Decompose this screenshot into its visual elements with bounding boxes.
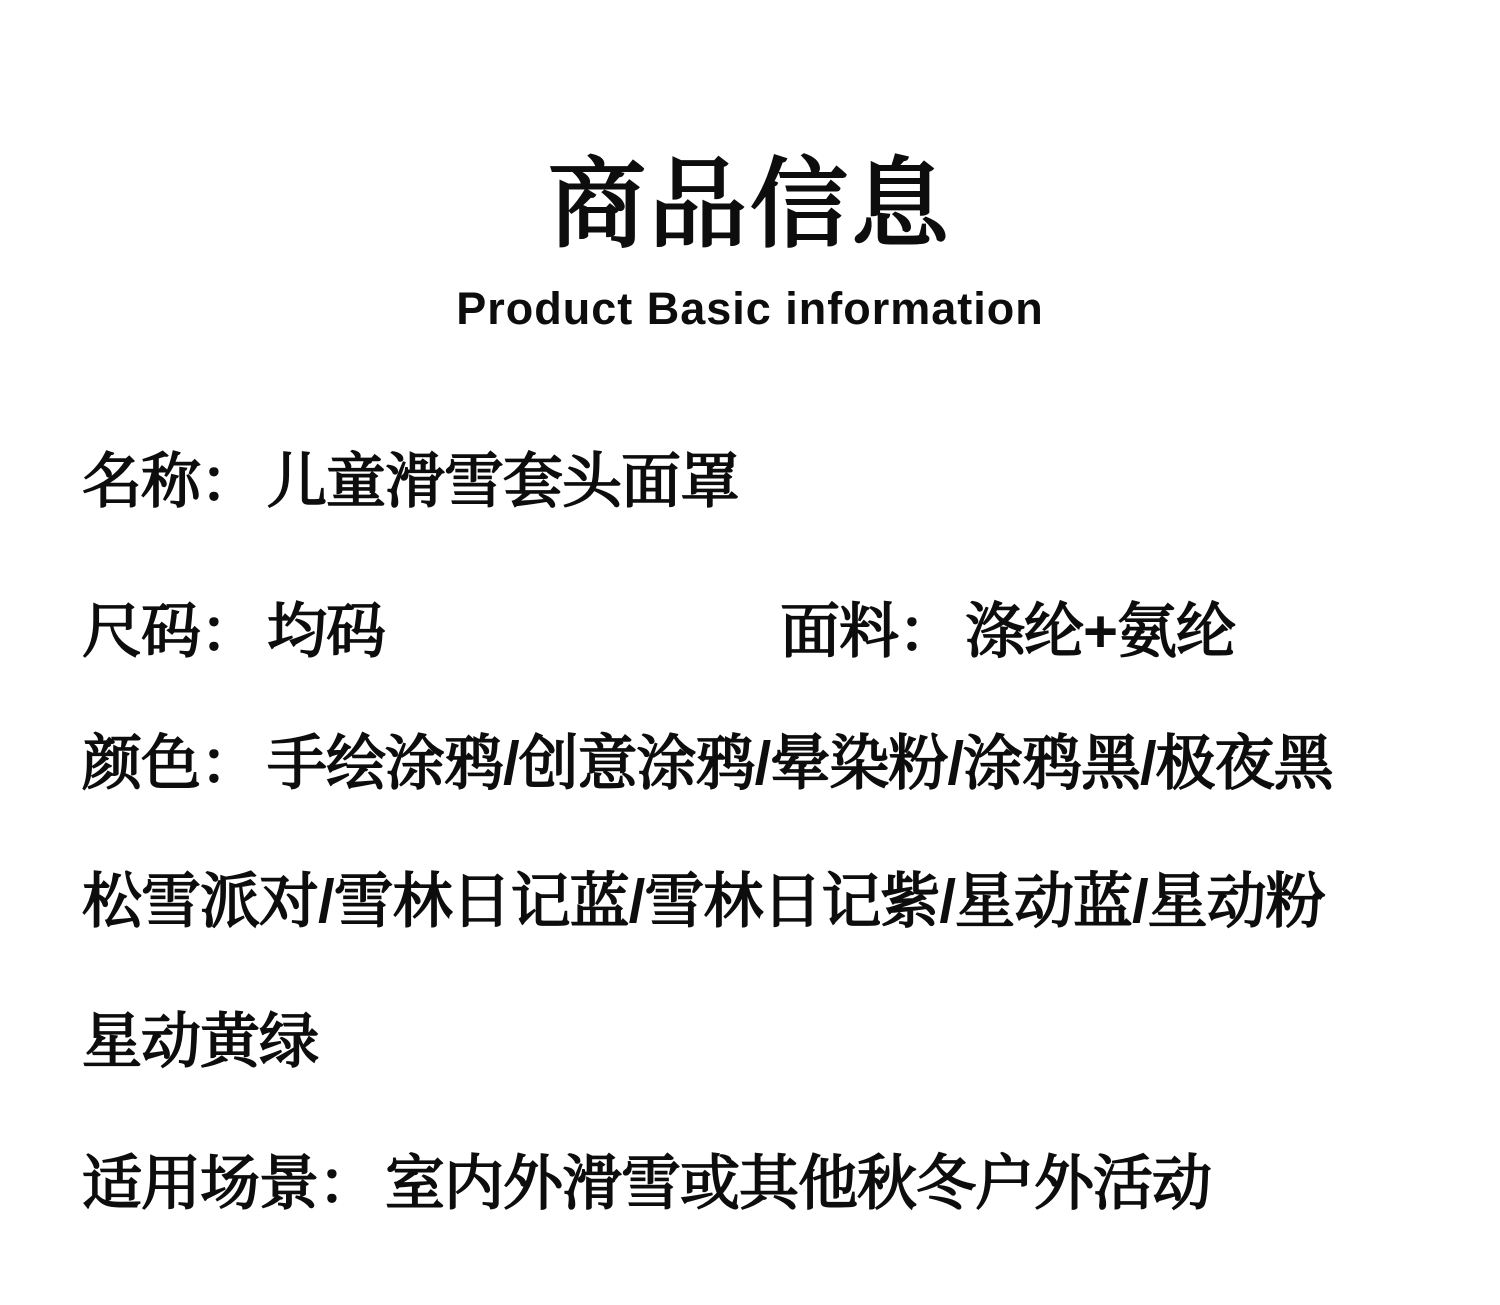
color-row-2: 松雪派对/雪林日记蓝/雪林日记紫/星动蓝/星动粉 bbox=[82, 866, 1460, 938]
scene-row: 适用场景：室内外滑雪或其他秋冬户外活动 bbox=[82, 1148, 1460, 1220]
fabric-group: 面料：涤纶+氨纶 bbox=[780, 596, 1235, 668]
page-title: 商品信息 bbox=[0, 146, 1500, 264]
page-subtitle: Product Basic information bbox=[0, 284, 1500, 334]
size-value: 均码 bbox=[267, 598, 385, 665]
fabric-value: 涤纶+氨纶 bbox=[965, 598, 1235, 665]
fabric-label: 面料： bbox=[780, 598, 957, 665]
color-row-1: 颜色：手绘涂鸦/创意涂鸦/晕染粉/涂鸦黑/极夜黑 bbox=[82, 728, 1460, 800]
product-name-row: 名称：儿童滑雪套头面罩 bbox=[82, 446, 1460, 518]
color-value-line1: 手绘涂鸦/创意涂鸦/晕染粉/涂鸦黑/极夜黑 bbox=[267, 730, 1333, 797]
color-value-line3: 星动黄绿 bbox=[82, 1008, 318, 1075]
color-label: 颜色： bbox=[82, 730, 259, 797]
scene-value: 室内外滑雪或其他秋冬户外活动 bbox=[385, 1150, 1211, 1217]
size-fabric-row: 尺码：均码 面料：涤纶+氨纶 bbox=[82, 596, 1460, 668]
scene-label: 适用场景： bbox=[82, 1150, 377, 1217]
size-label: 尺码： bbox=[82, 598, 259, 665]
product-name-value: 儿童滑雪套头面罩 bbox=[267, 448, 739, 515]
product-name-label: 名称： bbox=[82, 448, 259, 515]
product-info-page: 商品信息 Product Basic information 名称：儿童滑雪套头… bbox=[0, 0, 1500, 1305]
color-value-line2: 松雪派对/雪林日记蓝/雪林日记紫/星动蓝/星动粉 bbox=[82, 868, 1325, 935]
color-row-3: 星动黄绿 bbox=[82, 1006, 1460, 1078]
